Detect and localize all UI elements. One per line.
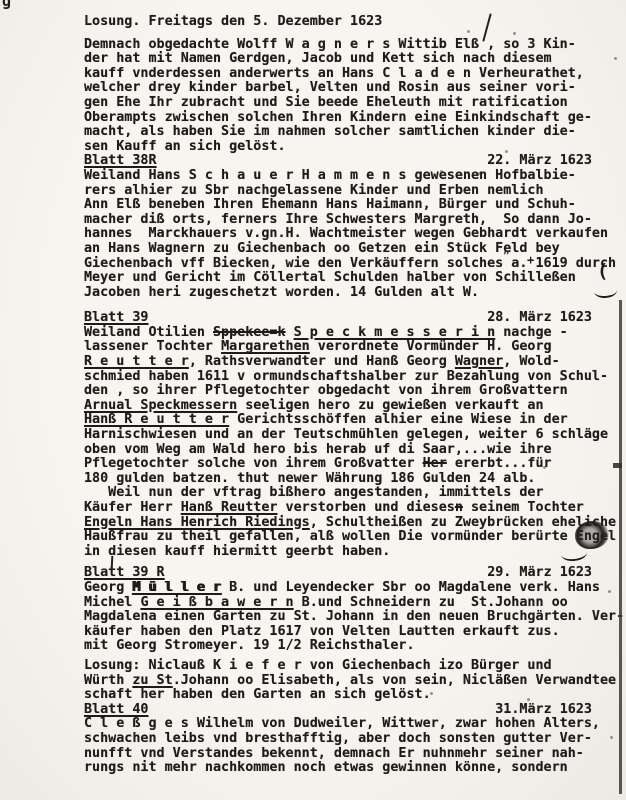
text-line: lassener Tochter Margarethen verordnete … xyxy=(84,340,618,355)
handwritten-ditto-mark: ” xyxy=(503,250,510,261)
text-segment: Losung. Freitags den 5. Dezember 1623 xyxy=(84,14,382,29)
text-line: Würth zu St.Johann oo Elisabeth, als von… xyxy=(84,674,618,689)
text-segment: schwachen leibs vnd bresthafftig, aber d… xyxy=(84,731,592,746)
text-segment: Sppekee=k xyxy=(213,325,286,340)
text-segment: M ü l l e r xyxy=(132,580,221,595)
text-segment: seeligen hero zu gewießen verkauft an xyxy=(237,398,543,413)
text-segment: , Schultheißen zu Zweybrücken eheliche xyxy=(310,515,616,530)
text-segment: sen Kauff an sich gelöst. xyxy=(84,139,286,154)
text-line: Engeln Hans Henrich Riedings, Schultheiß… xyxy=(84,516,618,531)
text-segment: welcher drey kinder barbel, Velten und R… xyxy=(84,80,576,95)
text-segment: lassener Tochter xyxy=(84,339,221,354)
scan-speck xyxy=(610,736,613,739)
text-line: mit Georg Stromeyer. 19 1/2 Reichsthaler… xyxy=(84,639,618,654)
text-segment: 180 gulden batzen. thut newer Währung 18… xyxy=(84,471,535,486)
text-segment: Wagner xyxy=(455,354,503,369)
text-segment: Michel xyxy=(84,595,140,610)
text-segment: verordnete Vormünder H. Georg xyxy=(310,339,552,354)
text-line: Meyer und Gericht im Cöllertal Schulden … xyxy=(84,271,618,286)
entry-date: 29. März 1623 xyxy=(487,566,592,581)
text-segment: , Rathsverwandter und Hanß Georg xyxy=(189,354,455,369)
text-segment: , Wold- xyxy=(503,354,559,369)
text-segment: macher diß orts, ferners Ihre Schwesters… xyxy=(84,212,592,227)
text-segment: Demnach obgedachte Wolff W a g n e r s W… xyxy=(84,37,576,52)
scan-speck xyxy=(527,698,530,701)
text-segment: den , so ihrer Pflegetochter obgedacht v… xyxy=(84,383,568,398)
text-line: Ann Elß beneben Ihren Ehemann Hans Haima… xyxy=(84,198,618,213)
text-segment: käufer haben den Platz 1617 von Velten L… xyxy=(84,624,560,639)
text-line: rungs nit mehr nachkommen noch etwas gew… xyxy=(84,761,618,776)
text-segment: R e u t t e r xyxy=(84,354,189,369)
text-segment: gen Ehe Ihr zubracht und Sie beede Ehele… xyxy=(84,95,568,110)
text-segment: Hanß Reutter xyxy=(181,500,278,515)
text-line: Georg M ü l l e r B. und Leyendecker Sbr… xyxy=(84,581,618,596)
text-segment: G e i ß b a w e r n xyxy=(140,595,293,610)
entry-heading: Blatt 38R22. März 1623 xyxy=(84,154,592,169)
text-line: Hanß R e u t t e r Gerichtsschöffen alhi… xyxy=(84,413,618,428)
text-segment: Margarethen xyxy=(221,339,310,354)
document-text: Losung. Freitags den 5. Dezember 1623Dem… xyxy=(84,15,618,776)
text-segment: nunfft vnd Verstandes bekennt, demnach E… xyxy=(84,746,584,761)
text-line: macht, als haben Sie im nahmen solcher s… xyxy=(84,125,618,140)
text-line: Käufer Herr Hanß Reutter verstorben und … xyxy=(84,501,618,516)
text-line: Giechenbach vff Biecken, wie den Verkäuf… xyxy=(84,257,618,272)
scan-speck xyxy=(467,30,470,33)
text-line: schaft her haben den Garten an sich gelö… xyxy=(84,688,618,703)
text-segment: Weil nun der vftrag bißhero angestanden,… xyxy=(84,485,544,500)
text-segment: Oberampts zwischen solchen Ihren Kindern… xyxy=(84,110,592,125)
blatt-label: Blatt 39 xyxy=(84,311,149,326)
text-line: nunfft vnd Verstandes bekennt, demnach E… xyxy=(84,747,618,762)
text-segment: S p e c k m e s s e r i n xyxy=(294,325,496,340)
text-segment: mit Georg Stromeyer. 19 1/2 Reichsthaler… xyxy=(84,638,415,653)
handwritten-paren-mark: ( xyxy=(597,262,608,281)
text-segment: seinem Tochter xyxy=(463,500,584,515)
text-segment: Engeln Hans Henrich Riedings xyxy=(84,515,310,530)
text-segment: an Hans Wagnern zu Giechenbach oo Getzen… xyxy=(84,241,560,256)
text-segment: rungs nit mehr nachkommen noch etwas gew… xyxy=(84,760,568,775)
text-segment: Würth xyxy=(84,673,132,688)
text-line: der hat mit Namen Gerdgen, Jacob und Ket… xyxy=(84,52,618,67)
scan-speck xyxy=(430,692,433,695)
text-line: in diesen kauff hiermitt geerbt haben. xyxy=(84,545,618,560)
text-segment: Pflegetochter solche von ihrem Großvatte… xyxy=(84,456,423,471)
blatt-label: Blatt 38R xyxy=(84,154,157,169)
text-line: an Hans Wagnern zu Giechenbach oo Getzen… xyxy=(84,242,618,257)
text-segment: Arnual Speckmessern xyxy=(84,398,237,413)
text-segment: B.und Schneidern zu St.Johann oo xyxy=(294,595,568,610)
text-line: Demnach obgedachte Wolff W a g n e r s W… xyxy=(84,38,618,53)
blatt-label: Blatt 39 R xyxy=(84,566,165,581)
text-line: R e u t t e r, Rathsverwandter und Hanß … xyxy=(84,355,618,370)
entry-heading: Blatt 39 R29. März 1623 xyxy=(84,566,592,581)
text-segment: n xyxy=(455,500,463,515)
text-segment: macht, als haben Sie im nahmen solcher s… xyxy=(84,124,576,139)
text-segment: Käufer Herr xyxy=(84,500,181,515)
text-segment: nachge - xyxy=(495,325,568,340)
handwritten-plus-mark: + xyxy=(527,254,534,266)
scan-speck xyxy=(478,172,481,175)
text-line: hannes Marckhauers v.gn.H. Wachtmeister … xyxy=(84,227,618,242)
text-segment: Haußfrau zu theil gefallen, alß wollen D… xyxy=(84,529,616,544)
text-segment: Hanß R e u t t e r xyxy=(84,412,229,427)
text-segment: kauff vnderdessen anderwerts an Hans C l… xyxy=(84,66,584,81)
text-segment: Giechenbach vff Biecken, wie den Verkäuf… xyxy=(84,256,616,271)
text-line: Haußfrau zu theil gefallen, alß wollen D… xyxy=(84,530,618,545)
text-line: Weiland Hans S c h a u e r H a m m e n s… xyxy=(84,169,618,184)
text-segment: Magdalena einen Garten zu St. Johann in … xyxy=(84,609,624,624)
text-segment: Weiland Otilien xyxy=(84,325,213,340)
text-segment: der hat mit Namen Gerdgen, Jacob und Ket… xyxy=(84,51,552,66)
text-line: welcher drey kinder barbel, Velten und R… xyxy=(84,81,618,96)
text-segment: in diesen kauff hiermitt geerbt haben. xyxy=(84,544,390,559)
entry-date: 22. März 1623 xyxy=(487,154,592,169)
text-segment: Meyer und Gericht im Cöllertal Schulden … xyxy=(84,270,576,285)
text-line: Losung. Freitags den 5. Dezember 1623 xyxy=(84,15,618,30)
text-segment: ererbt...für xyxy=(447,456,552,471)
text-line: Weil nun der vftrag bißhero angestanden,… xyxy=(84,486,618,501)
text-line: den , so ihrer Pflegetochter obgedacht v… xyxy=(84,384,618,399)
text-line: Magdalena einen Garten zu St. Johann in … xyxy=(84,610,618,625)
text-segment xyxy=(286,325,294,340)
text-segment: Her xyxy=(423,456,447,471)
scan-speck xyxy=(560,378,563,381)
text-segment: schaft her haben den Garten an sich gelö… xyxy=(84,687,431,702)
text-segment: B. und Leyendecker Sbr oo Magdalene verk… xyxy=(221,580,600,595)
text-segment: Ann Elß beneben Ihren Ehemann Hans Haima… xyxy=(84,197,576,212)
text-line: C l e ß g e s Wilhelm von Dudweiler, Wit… xyxy=(84,717,618,732)
text-line: rers alhier zu Sbr nachgelassene Kinder … xyxy=(84,184,618,199)
scan-speck xyxy=(513,32,516,35)
text-segment: Jacoben heri zugeschetzt worden. 14 Guld… xyxy=(84,285,479,300)
text-line: Jacoben heri zugeschetzt worden. 14 Guld… xyxy=(84,286,618,301)
text-line: Losung: Niclauß K i e f e r von Giechenb… xyxy=(84,659,618,674)
text-line: Pflegetochter solche von ihrem Großvatte… xyxy=(84,457,618,472)
scan-speck xyxy=(614,57,617,60)
scan-speck xyxy=(608,590,611,593)
text-segment: Georg xyxy=(84,580,132,595)
scan-speck xyxy=(505,150,508,153)
text-segment: schmied haben 1611 v ormundschaftshalber… xyxy=(84,369,608,384)
text-line: Oberampts zwischen solchen Ihren Kindern… xyxy=(84,111,618,126)
entry-date: 28. März 1623 xyxy=(487,311,592,326)
text-segment: Weiland Hans S c h a u e r H a m m e n s… xyxy=(84,168,576,183)
text-line: Harnischwiesen und an der Teutschmühlen … xyxy=(84,428,618,443)
text-segment: hannes Marckhauers v.gn.H. Wachtmeister … xyxy=(84,226,608,241)
text-segment: Harnischwiesen und an der Teutschmühlen … xyxy=(84,427,608,442)
page-edge-letter: g xyxy=(2,0,11,9)
scan-speck xyxy=(440,170,443,173)
right-margin-tick xyxy=(613,463,622,468)
entry-heading: Blatt 3928. März 1623 xyxy=(84,311,592,326)
text-segment: .Johann oo Elisabeth, als von sein, Nicl… xyxy=(173,673,616,688)
right-margin-line xyxy=(619,300,622,794)
scan-speck xyxy=(543,466,546,469)
text-segment: zu St xyxy=(132,673,172,688)
text-segment: rers alhier zu Sbr nachgelassene Kinder … xyxy=(84,183,544,198)
text-line: gen Ehe Ihr zubracht und Sie beede Ehele… xyxy=(84,96,618,111)
text-line: Michel G e i ß b a w e r n B.und Schneid… xyxy=(84,596,618,611)
text-segment: verstorben und dieses xyxy=(278,500,455,515)
text-segment: oben vom Weg am Wald hero bis herab uf d… xyxy=(84,442,552,457)
text-segment: Gerichtsschöffen alhier eine Wiese in de… xyxy=(229,412,568,427)
text-segment: Losung: Niclauß K i e f e r von Giechenb… xyxy=(84,658,552,673)
text-line: schwachen leibs vnd bresthafftig, aber d… xyxy=(84,732,618,747)
scanned-document-page: { "colors": { "paper": "#f7f5f0", "ink":… xyxy=(0,0,626,800)
text-segment: C l e ß g e s Wilhelm von Dudweiler, Wit… xyxy=(84,716,600,731)
